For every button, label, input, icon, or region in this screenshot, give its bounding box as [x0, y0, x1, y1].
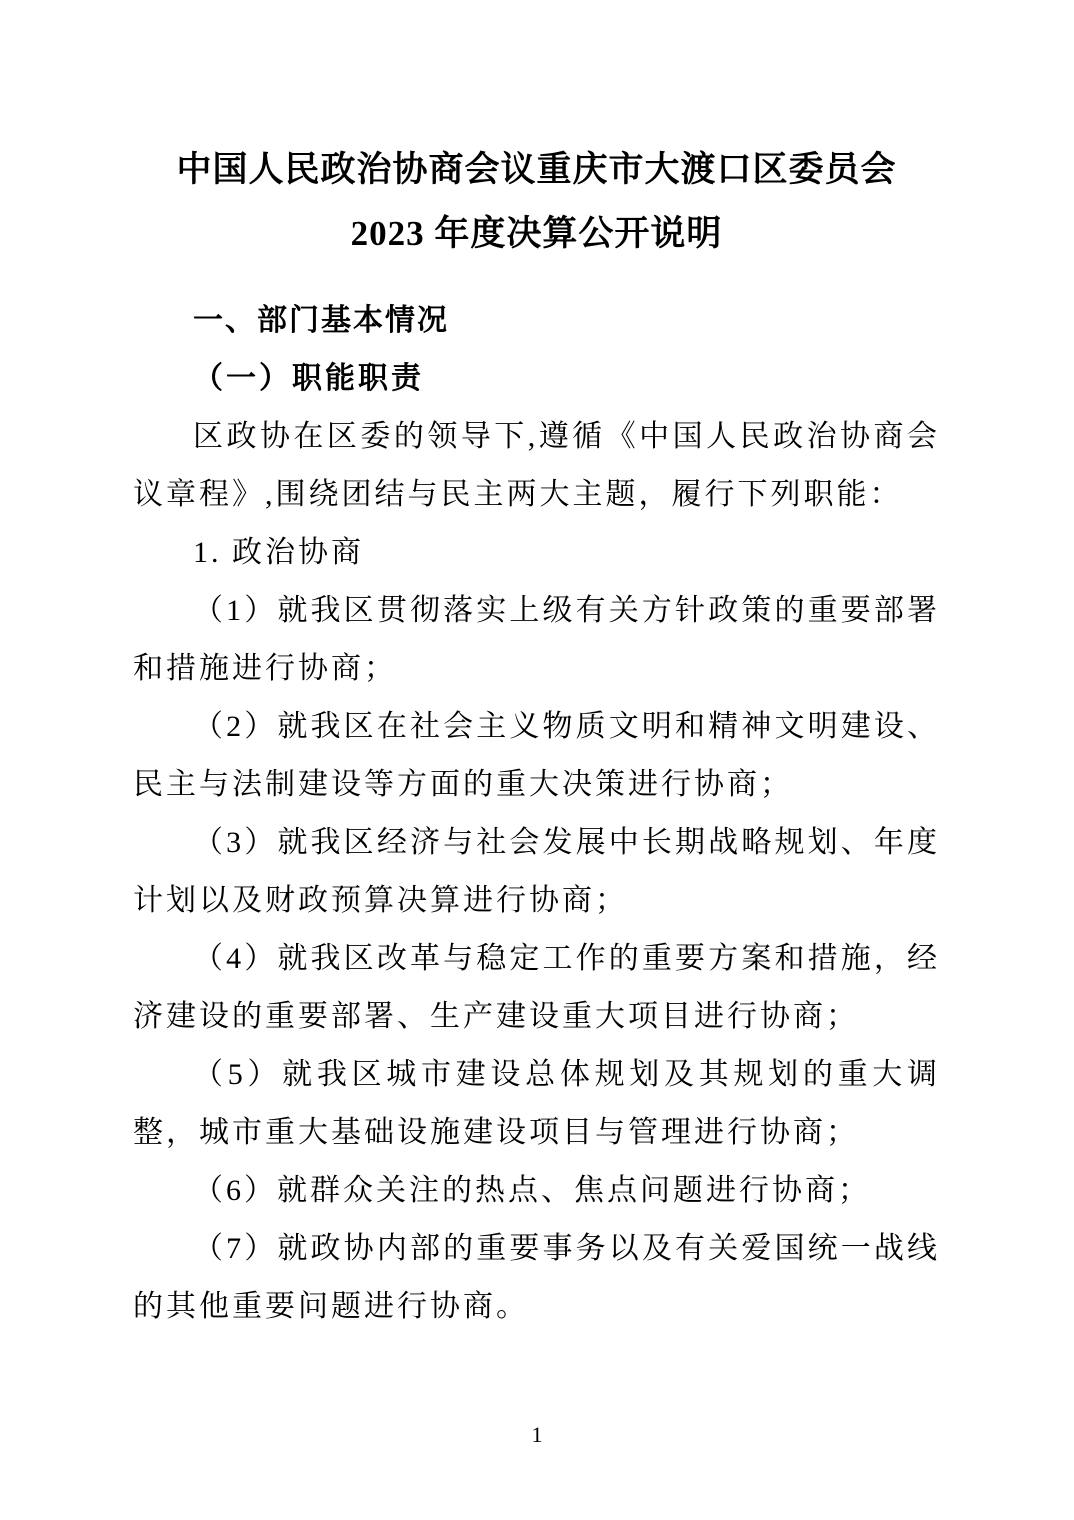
paragraph-political-consultation-heading: 1. 政治协商 — [133, 524, 940, 582]
paragraph-item-2: （2）就我区在社会主义物质文明和精神文明建设、民主与法制建设等方面的重大决策进行… — [133, 698, 940, 814]
document-title-line-2: 2023 年度决算公开说明 — [133, 202, 940, 266]
paragraph-item-3: （3）就我区经济与社会发展中长期战略规划、年度计划以及财政预算决算进行协商； — [133, 814, 940, 930]
paragraph-item-5: （5）就我区城市建设总体规划及其规划的重大调整，城市重大基础设施建设项目与管理进… — [133, 1046, 940, 1162]
paragraph-intro: 区政协在区委的领导下,遵循《中国人民政治协商会议章程》,围绕团结与民主两大主题，… — [133, 408, 940, 524]
paragraph-item-7: （7）就政协内部的重要事务以及有关爱国统一战线的其他重要问题进行协商。 — [133, 1220, 940, 1336]
section-heading-basic-info: 一、部门基本情况 — [133, 292, 940, 350]
document-content: 中国人民政治协商会议重庆市大渡口区委员会 2023 年度决算公开说明 一、部门基… — [0, 0, 1074, 1336]
document-title-line-1: 中国人民政治协商会议重庆市大渡口区委员会 — [133, 138, 940, 202]
paragraph-item-6: （6）就群众关注的热点、焦点问题进行协商； — [133, 1162, 940, 1220]
subsection-heading-duties: （一）职能职责 — [133, 350, 940, 408]
document-page: 中国人民政治协商会议重庆市大渡口区委员会 2023 年度决算公开说明 一、部门基… — [0, 0, 1074, 1520]
paragraph-item-1: （1）就我区贯彻落实上级有关方针政策的重要部署和措施进行协商； — [133, 582, 940, 698]
paragraph-item-4: （4）就我区改革与稳定工作的重要方案和措施，经济建设的重要部署、生产建设重大项目… — [133, 930, 940, 1046]
page-number: 1 — [0, 1422, 1074, 1448]
document-title-block: 中国人民政治协商会议重庆市大渡口区委员会 2023 年度决算公开说明 — [133, 138, 940, 266]
